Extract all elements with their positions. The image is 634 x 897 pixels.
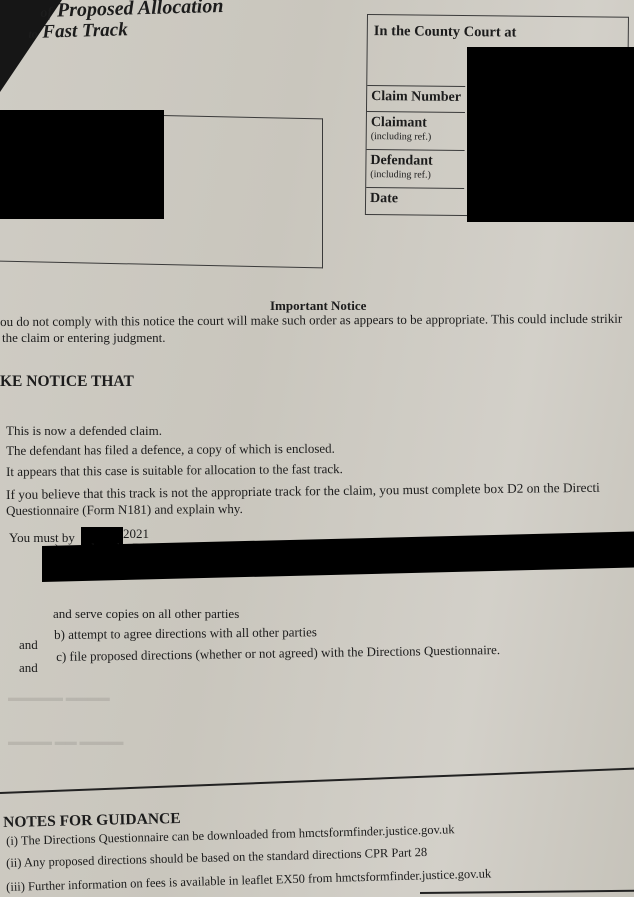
title-text-1: Proposed Allocation bbox=[57, 0, 224, 22]
date-label: Date bbox=[370, 190, 460, 208]
step-c: c) file proposed directions (whether or … bbox=[56, 642, 500, 665]
note-item-3: (iii) Further information on fees is ava… bbox=[6, 866, 491, 895]
defendant-sub: (including ref.) bbox=[370, 169, 460, 182]
step-a-continued: and serve copies on all other parties bbox=[53, 606, 239, 622]
title-prefix: of bbox=[40, 6, 52, 21]
notice-line-1: ou do not comply with this notice the co… bbox=[0, 311, 622, 330]
form-title-line2: to Fast Track bbox=[28, 19, 128, 44]
title-text-2: Fast Track bbox=[42, 19, 128, 42]
title-prefix-2: to bbox=[28, 27, 38, 41]
redacted-court-details bbox=[467, 47, 634, 222]
redacted-address bbox=[0, 110, 164, 219]
point-track-objection: If you believe that this track is not th… bbox=[6, 480, 600, 503]
point-defended-claim: This is now a defended claim. bbox=[6, 423, 162, 439]
notes-heading: NOTES FOR GUIDANCE bbox=[3, 810, 181, 832]
claim-number-label: Claim Number bbox=[371, 88, 461, 106]
point-fast-track: It appears that this case is suitable fo… bbox=[6, 461, 343, 480]
show-through-text: ▬▬▬▬▬ ▬▬▬▬ bbox=[8, 692, 110, 704]
claimant-label: Claimant bbox=[371, 114, 461, 132]
point-defence-filed: The defendant has filed a defence, a cop… bbox=[6, 441, 335, 459]
defendant-row: Defendant (including ref.) bbox=[366, 149, 464, 188]
and-label-c: and bbox=[19, 660, 38, 676]
form-title-line1: of Proposed Allocation bbox=[40, 0, 224, 23]
court-heading: In the County Court at bbox=[374, 23, 517, 41]
point-track-objection-cont: Questionnaire (Form N181) and explain wh… bbox=[6, 501, 243, 519]
note-item-2: (ii) Any proposed directions should be b… bbox=[6, 845, 427, 871]
bottom-rule bbox=[420, 890, 634, 894]
claim-number-row: Claim Number bbox=[367, 85, 465, 112]
notice-line-2: the claim or entering judgment. bbox=[2, 330, 166, 346]
and-label-b: and bbox=[19, 637, 38, 653]
step-b: b) attempt to agree directions with all … bbox=[54, 624, 317, 643]
take-notice-heading: KE NOTICE THAT bbox=[0, 373, 134, 391]
section-divider bbox=[0, 768, 634, 794]
defendant-label: Defendant bbox=[370, 152, 460, 170]
show-through-text-2: ▬▬▬▬ ▬▬ ▬▬▬▬ bbox=[8, 736, 124, 748]
claimant-sub: (including ref.) bbox=[371, 131, 461, 144]
date-row: Date bbox=[366, 187, 464, 215]
claimant-row: Claimant (including ref.) bbox=[367, 111, 465, 150]
